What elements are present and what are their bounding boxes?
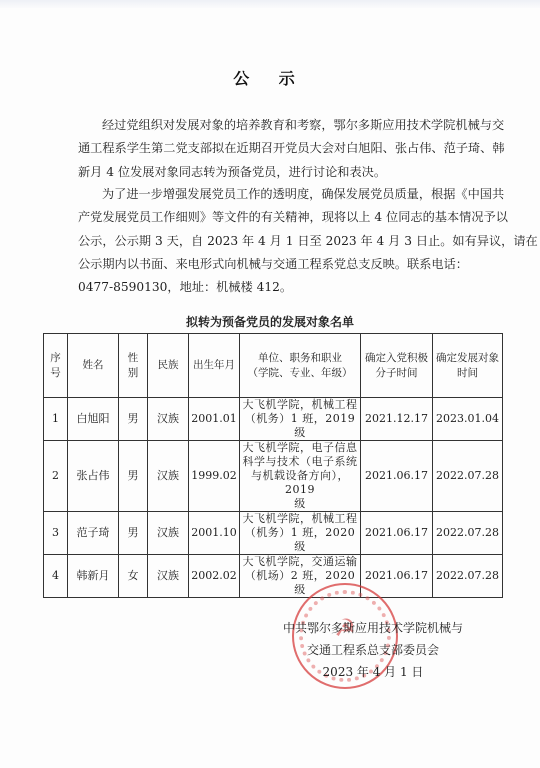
cell-activist-date: 2021.12.17 (361, 398, 433, 441)
document-title: 公 示 (0, 66, 540, 89)
cell-candidate-date: 2022.07.28 (433, 512, 503, 555)
cell-activist-date: 2021.06.17 (361, 441, 433, 512)
scan-top-edge (0, 0, 540, 8)
cell-birth: 1999.02 (189, 441, 240, 512)
cell-gender: 男 (119, 512, 148, 555)
paragraph-line: 为了进一步增强发展党员工作的透明度，确保发展党员质量，根据《中国共 (78, 183, 418, 206)
header-candidate-date: 确定发展对象时间 (433, 334, 503, 398)
header-activist-date: 确定入党积极分子时间 (361, 334, 433, 398)
table-row: 1 白旭阳 男 汉族 2001.01 大飞机学院，机械工程（机务）1 班，201… (44, 398, 503, 441)
cell-activist-date: 2021.06.17 (361, 512, 433, 555)
cell-ethnicity: 汉族 (148, 441, 189, 512)
cell-name: 张占伟 (68, 441, 119, 512)
cell-birth: 2002.02 (189, 555, 240, 598)
table-caption: 拟转为预备党员的发展对象名单 (0, 313, 540, 330)
cell-gender: 男 (119, 398, 148, 441)
table-header-row: 序号 姓名 性别 民族 出生年月 单位、职务和职业（学院、专业、年级） 确定入党… (44, 334, 503, 398)
signature-date: 2023 年 4 月 1 日 (258, 661, 488, 683)
header-unit: 单位、职务和职业（学院、专业、年级） (240, 334, 361, 398)
cell-candidate-date: 2022.07.28 (433, 441, 503, 512)
paragraph-intro: 经过党组织对发展对象的培养教育和考察，鄂尔多斯应用技术学院机械与交 通工程系学生… (78, 114, 418, 184)
signature-org-line1: 中共鄂尔多斯应用技术学院机械与 (258, 617, 488, 639)
header-birth: 出生年月 (189, 334, 240, 398)
cell-no: 1 (44, 398, 68, 441)
header-no: 序号 (44, 334, 68, 398)
cell-candidate-date: 2022.07.28 (433, 555, 503, 598)
cell-ethnicity: 汉族 (148, 555, 189, 598)
cell-candidate-date: 2023.01.04 (433, 398, 503, 441)
paragraph-notice: 为了进一步增强发展党员工作的透明度，确保发展党员质量，根据《中国共 产党发展党员… (78, 183, 418, 299)
cell-unit: 大飞机学院，机械工程（机务）1 班，2019 级 (240, 398, 361, 441)
paragraph-line: 通工程系学生第二党支部拟在近期召开党员大会对白旭阳、张占伟、范子琦、韩 (78, 137, 418, 160)
cell-birth: 2001.01 (189, 398, 240, 441)
table-row: 4 韩新月 女 汉族 2002.02 大飞机学院，交通运输（机场）2 班，202… (44, 555, 503, 598)
cell-no: 3 (44, 512, 68, 555)
cell-birth: 2001.10 (189, 512, 240, 555)
cell-unit: 大飞机学院，机械工程（机务）1 班，2020 级 (240, 512, 361, 555)
table-row: 2 张占伟 男 汉族 1999.02 大飞机学院，电子信息科学与技术（电子系统与… (44, 441, 503, 512)
paragraph-line: 公示，公示期 3 天，自 2023 年 4 月 1 日至 2023 年 4 月 … (78, 230, 418, 253)
paragraph-line: 公示期内以书面、来电形式向机械与交通工程系党总支反映。联系电话： (78, 253, 418, 276)
cell-gender: 男 (119, 441, 148, 512)
paragraph-line: 产党发展党员工作细则》等文件的有关精神，现将以上 4 位同志的基本情况予以 (78, 206, 418, 229)
signature-org-line2: 交通工程系总支部委员会 (258, 639, 488, 661)
table-row: 3 范子琦 男 汉族 2001.10 大飞机学院，机械工程（机务）1 班，202… (44, 512, 503, 555)
header-ethnicity: 民族 (148, 334, 189, 398)
cell-gender: 女 (119, 555, 148, 598)
candidate-table: 序号 姓名 性别 民族 出生年月 单位、职务和职业（学院、专业、年级） 确定入党… (43, 333, 503, 598)
cell-unit: 大飞机学院，电子信息科学与技术（电子系统与机载设备方向），2019级 (240, 441, 361, 512)
header-gender: 性别 (119, 334, 148, 398)
cell-ethnicity: 汉族 (148, 512, 189, 555)
cell-no: 2 (44, 441, 68, 512)
header-name: 姓名 (68, 334, 119, 398)
paragraph-line: 经过党组织对发展对象的培养教育和考察，鄂尔多斯应用技术学院机械与交 (78, 114, 418, 137)
cell-name: 韩新月 (68, 555, 119, 598)
cell-name: 范子琦 (68, 512, 119, 555)
cell-ethnicity: 汉族 (148, 398, 189, 441)
paragraph-line: 新月 4 位发展对象同志转为预备党员，进行讨论和表决。 (78, 161, 418, 184)
cell-no: 4 (44, 555, 68, 598)
contact-line: 0477-8590130，地址：机械楼 412。 (78, 276, 418, 299)
cell-name: 白旭阳 (68, 398, 119, 441)
